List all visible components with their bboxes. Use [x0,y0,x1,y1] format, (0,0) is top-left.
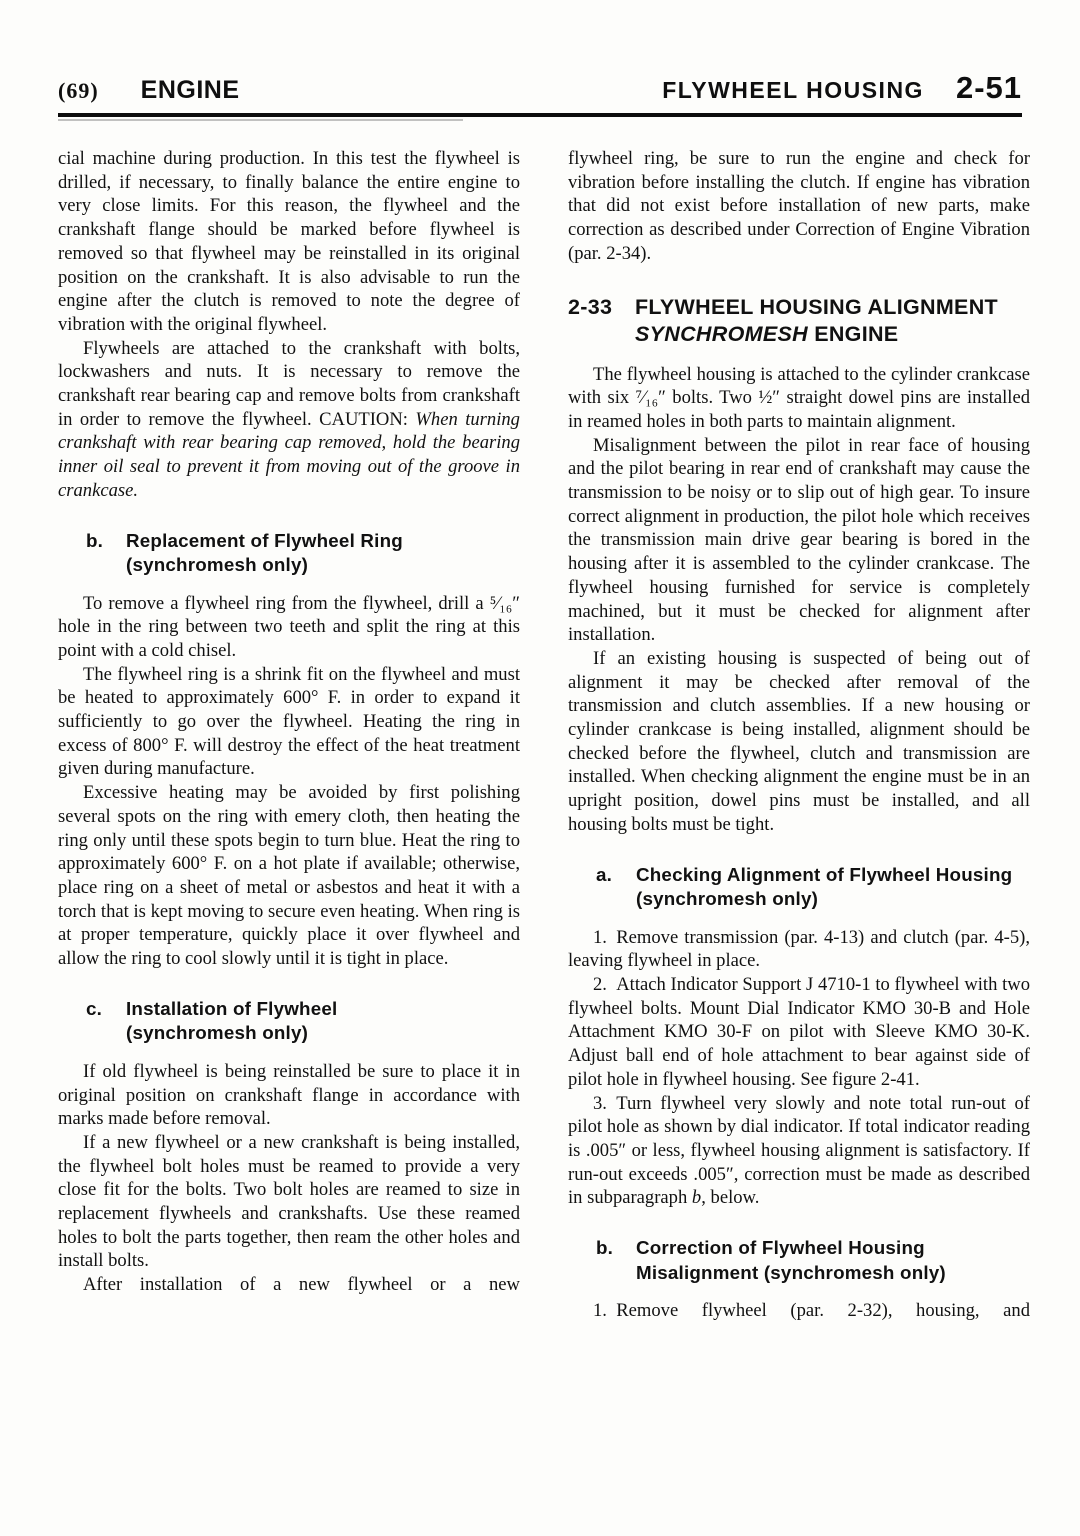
header-rule-shadow [58,119,463,121]
paragraph: Misalignment between the pilot in rear f… [568,434,1030,647]
numbered-step: 3. Turn flywheel very slowly and note to… [568,1092,1030,1211]
header-rule [58,113,1022,117]
heading-line: Checking Alignment of Flywheel Housing [636,863,1012,888]
text-run: 1. Remove transmission (par. 4-13) and c… [568,927,1030,972]
text-run: ENGINE [808,322,899,346]
subsection-heading: c.Installation of Flywheel(synchromesh o… [58,997,520,1046]
paragraph: flywheel ring, be sure to run the engine… [568,147,1030,266]
manual-page: (69) ENGINE FLYWHEEL HOUSING 2-51 cial m… [0,0,1080,1536]
text-run: (synchromesh only) [126,554,308,575]
two-column-body: cial machine during production. In this … [58,147,1022,1323]
text-run: 2. Attach Indicator Support J 4710-1 to … [568,974,1030,1090]
numbered-step: 1. Remove flywheel (par. 2-32), housing,… [568,1299,1030,1323]
text-run: Replacement of Flywheel Ring [126,530,403,551]
text-run: The flywheel ring is a shrink fit on the… [58,664,520,780]
text-run: cial machine during production. In this … [58,148,520,335]
heading-line: Misalignment (synchromesh only) [636,1261,946,1286]
header-right-group: FLYWHEEL HOUSING 2-51 [662,70,1022,106]
heading-label: c. [86,997,126,1046]
text-run: Misalignment (synchromesh only) [636,1262,946,1283]
heading-lines: Replacement of Flywheel Ring(synchromesh… [126,529,403,578]
paragraph: After installation of a new flywheel or … [58,1273,520,1297]
paragraph: If an existing housing is suspected of b… [568,647,1030,837]
heading-line: (synchromesh only) [636,887,1012,912]
paragraph: Excessive heating may be avoided by firs… [58,781,520,971]
page-ref: (69) [58,78,99,104]
text-run: (synchromesh only) [126,1022,308,1043]
text-run: Excessive heating may be avoided by firs… [58,782,520,969]
paragraph: If a new flywheel or a new crankshaft is… [58,1131,520,1273]
paragraph: Flywheels are attached to the crankshaft… [58,337,520,503]
italic-text-run: SYNCHROMESH [635,322,808,346]
heading-lines: Checking Alignment of Flywheel Housing(s… [636,863,1012,912]
section-heading: 2-33FLYWHEEL HOUSING ALIGNMENTSYNCHROMES… [568,294,1030,348]
section-title: ENGINE [141,76,240,105]
subsection-heading: b.Correction of Flywheel HousingMisalign… [568,1236,1030,1285]
text-run: 1. Remove flywheel (par. 2-32), housing,… [593,1300,1030,1321]
text-run: If an existing housing is suspected of b… [568,648,1030,835]
text-run: Correction of Flywheel Housing [636,1237,925,1258]
text-run: Installation of Flywheel [126,998,337,1019]
heading-label: b. [596,1236,636,1285]
heading-label: b. [86,529,126,578]
left-column: cial machine during production. In this … [58,147,520,1323]
heading-line: FLYWHEEL HOUSING ALIGNMENT [635,294,998,321]
text-run: flywheel ring, be sure to run the engine… [568,148,1030,264]
paragraph: The flywheel housing is attached to the … [568,363,1030,434]
paragraph: cial machine during production. In this … [58,147,520,337]
heading-line: Installation of Flywheel [126,997,337,1022]
heading-line: SYNCHROMESH ENGINE [635,321,998,348]
subsection-heading: a.Checking Alignment of Flywheel Housing… [568,863,1030,912]
numbered-step: 2. Attach Indicator Support J 4710-1 to … [568,973,1030,1092]
heading-label: 2-33 [568,294,635,348]
italic-text-run: b [692,1187,701,1208]
paragraph: To remove a flywheel ring from the flywh… [58,592,520,663]
subsection-heading: b.Replacement of Flywheel Ring(synchrome… [58,529,520,578]
text-run: If old flywheel is being reinstalled be … [58,1061,520,1129]
text-run: To remove a flywheel ring from the flywh… [58,593,520,661]
heading-label: a. [596,863,636,912]
page-number: 2-51 [956,70,1022,106]
paragraph: The flywheel ring is a shrink fit on the… [58,663,520,782]
text-run: After installation of a new flywheel or … [83,1274,520,1295]
heading-lines: Correction of Flywheel HousingMisalignme… [636,1236,946,1285]
text-run: The flywheel housing is attached to the … [568,364,1030,432]
text-run: If a new flywheel or a new crankshaft is… [58,1132,520,1272]
paragraph: If old flywheel is being reinstalled be … [58,1060,520,1131]
text-run: , below. [701,1187,759,1208]
heading-line: (synchromesh only) [126,553,403,578]
text-run: Misalignment between the pilot in rear f… [568,435,1030,646]
right-column: flywheel ring, be sure to run the engine… [568,147,1030,1323]
heading-line: (synchromesh only) [126,1021,337,1046]
heading-lines: Installation of Flywheel(synchromesh onl… [126,997,337,1046]
text-run: Checking Alignment of Flywheel Housing [636,864,1012,885]
heading-line: Correction of Flywheel Housing [636,1236,946,1261]
heading-line: Replacement of Flywheel Ring [126,529,403,554]
chapter-title: FLYWHEEL HOUSING [662,77,924,104]
numbered-step: 1. Remove transmission (par. 4-13) and c… [568,926,1030,973]
text-run: FLYWHEEL HOUSING ALIGNMENT [635,295,998,319]
page-header: (69) ENGINE FLYWHEEL HOUSING 2-51 [58,70,1022,106]
text-run: 3. Turn flywheel very slowly and note to… [568,1093,1030,1209]
heading-lines: FLYWHEEL HOUSING ALIGNMENTSYNCHROMESH EN… [635,294,998,348]
text-run: (synchromesh only) [636,888,818,909]
